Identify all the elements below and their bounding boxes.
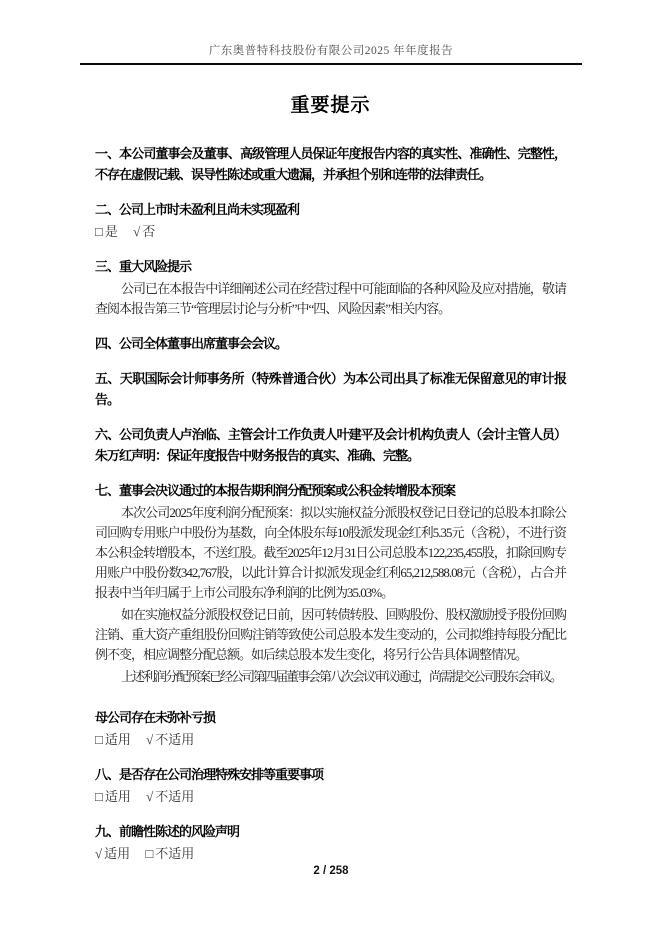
checkmark-icon: √	[133, 224, 140, 239]
section-3-heading: 三、重大风险提示	[95, 256, 566, 277]
section-2: 二、公司上市时未盈利且尚未实现盈利 □是 √否	[95, 199, 566, 242]
option-not-applicable-label: 不适用	[155, 732, 194, 747]
option-not-applicable-label: 不适用	[155, 789, 194, 804]
section-9-options: √适用 □不适用	[95, 844, 566, 864]
section-6-heading: 六、公司负责人卢治临、主管会计工作负责人叶建平及会计机构负责人（会计主管人员）朱…	[95, 424, 566, 466]
header-title: 广东奥普特科技股份有限公司2025 年年度报告	[209, 45, 453, 57]
section-3: 三、重大风险提示 公司已在本报告中详细阐述公司在经营过程中可能面临的各种风险及应…	[95, 256, 566, 319]
option-applicable: □适用	[95, 789, 131, 804]
section-6: 六、公司负责人卢治临、主管会计工作负责人叶建平及会计机构负责人（会计主管人员）朱…	[95, 424, 566, 466]
section-8-heading: 八、是否存在公司治理特殊安排等重要事项	[95, 764, 566, 785]
section-9: 九、前瞻性陈述的风险声明 √适用 □不适用	[95, 821, 566, 864]
option-not-applicable: √不适用	[146, 789, 194, 804]
section-7: 七、董事会决议通过的本报告期利润分配预案或公积金转增股本预案 本次公司2025年…	[95, 480, 566, 750]
option-applicable-label: 适用	[104, 846, 130, 861]
section-5-heading: 五、天职国际会计师事务所（特殊普通合伙）为本公司出具了标准无保留意见的审计报告。	[95, 368, 566, 410]
document-page: 广东奥普特科技股份有限公司2025 年年度报告 重要提示 一、本公司董事会及董事…	[0, 0, 662, 936]
option-not-applicable: □不适用	[145, 846, 194, 861]
page-header: 广东奥普特科技股份有限公司2025 年年度报告	[80, 42, 582, 65]
option-no-label: 否	[142, 224, 155, 239]
section-7-paragraph-1: 本次公司2025年度利润分配预案：拟以实施权益分派股权登记日登记的总股本扣除公司…	[95, 503, 566, 603]
section-4-heading: 四、公司全体董事出席董事会会议。	[95, 333, 566, 354]
section-7-paragraph-2: 如在实施权益分派股权登记日前，因可转债转股、回购股份、股权激励授予股份回购注销、…	[95, 605, 566, 665]
checkbox-unchecked-icon: □	[145, 846, 153, 861]
section-8: 八、是否存在公司治理特殊安排等重要事项 □适用 √不适用	[95, 764, 566, 807]
option-applicable-label: 适用	[105, 732, 131, 747]
page-number: 2 / 258	[313, 865, 348, 877]
checkmark-icon: √	[146, 789, 153, 804]
checkmark-icon: √	[146, 732, 153, 747]
option-applicable-label: 适用	[105, 789, 131, 804]
page-title: 重要提示	[95, 95, 566, 117]
section-5: 五、天职国际会计师事务所（特殊普通合伙）为本公司出具了标准无保留意见的审计报告。	[95, 368, 566, 410]
option-yes-label: 是	[105, 224, 118, 239]
checkbox-unchecked-icon: □	[95, 224, 103, 239]
option-applicable: □适用	[95, 732, 131, 747]
checkbox-unchecked-icon: □	[95, 789, 103, 804]
checkbox-unchecked-icon: □	[95, 732, 103, 747]
section-2-heading: 二、公司上市时未盈利且尚未实现盈利	[95, 199, 566, 220]
document-content: 重要提示 一、本公司董事会及董事、高级管理人员保证年度报告内容的真实性、准确性、…	[95, 95, 566, 864]
option-applicable: √适用	[95, 846, 130, 861]
parent-company-loss-heading: 母公司存在未弥补亏损	[95, 707, 566, 728]
parent-company-loss-subsection: 母公司存在未弥补亏损 □适用 √不适用	[95, 707, 566, 750]
section-1: 一、本公司董事会及董事、高级管理人员保证年度报告内容的真实性、准确性、完整性，不…	[95, 143, 566, 185]
section-1-heading: 一、本公司董事会及董事、高级管理人员保证年度报告内容的真实性、准确性、完整性，不…	[95, 143, 566, 185]
section-7-paragraph-3: 上述利润分配预案已经公司第四届董事会第八次会议审议通过，尚需提交公司股东会审议。	[95, 667, 566, 687]
section-7-heading: 七、董事会决议通过的本报告期利润分配预案或公积金转增股本预案	[95, 480, 566, 501]
section-8-options: □适用 √不适用	[95, 787, 566, 807]
section-2-options: □是 √否	[95, 222, 566, 242]
section-3-paragraph: 公司已在本报告中详细阐述公司在经营过程中可能面临的各种风险及应对措施，敬请查阅本…	[95, 279, 566, 319]
section-4: 四、公司全体董事出席董事会会议。	[95, 333, 566, 354]
checkmark-icon: √	[95, 846, 102, 861]
option-no: √否	[133, 224, 155, 239]
option-not-applicable: √不适用	[146, 732, 194, 747]
page-footer: 2 / 258	[0, 865, 662, 877]
option-not-applicable-label: 不适用	[155, 846, 194, 861]
option-yes: □是	[95, 224, 118, 239]
parent-company-loss-options: □适用 √不适用	[95, 730, 566, 750]
section-9-heading: 九、前瞻性陈述的风险声明	[95, 821, 566, 842]
